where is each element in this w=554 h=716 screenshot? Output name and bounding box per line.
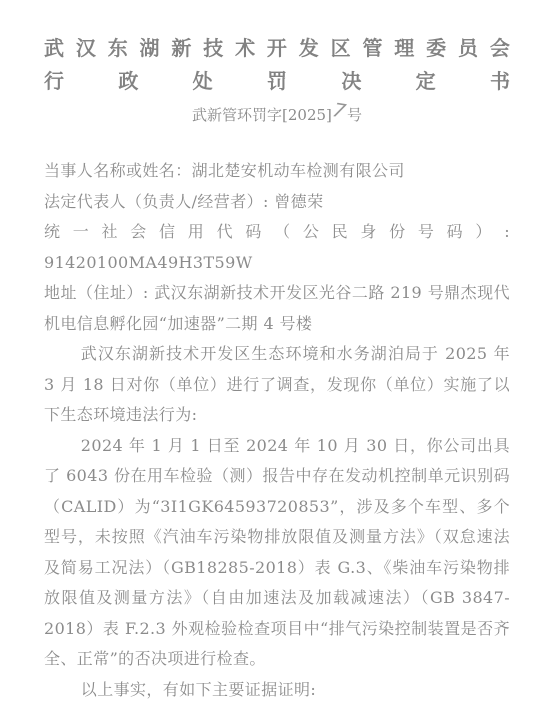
document-number-suffix: 号 xyxy=(347,106,362,124)
document-number-handwritten-digit: 7 xyxy=(330,99,348,122)
legal-representative-line: 法定代表人（负责人/经营者）: 曾德荣 xyxy=(44,187,510,218)
document-title-line-1: 武汉东湖新技术开发区管理委员会 xyxy=(44,36,510,60)
investigation-paragraph: 武汉东湖新技术开发区生态环境和水务湖泊局于 2025 年 3 月 18 日对你（… xyxy=(44,339,510,431)
credit-code-line: 统一社会信用代码（公民身份号码）: 91420100MA49H3T59W xyxy=(44,217,510,278)
violation-paragraph: 2024 年 1 月 1 日至 2024 年 10 月 30 日，你公司出具了 … xyxy=(44,431,510,675)
document-body: 当事人名称或姓名：湖北楚安机动车检测有限公司 法定代表人（负责人/经营者）: 曾… xyxy=(44,156,510,705)
document-number-prefix: 武新管环罚字[2025] xyxy=(192,106,332,124)
party-name-line: 当事人名称或姓名：湖北楚安机动车检测有限公司 xyxy=(44,156,510,187)
address-line: 地址（住址）: 武汉东湖新技术开发区光谷二路 219 号鼎杰现代机电信息孵化园“… xyxy=(44,278,510,339)
document-number-line: 武新管环罚字[2025]7号 xyxy=(44,103,510,126)
evidence-intro-line: 以上事实，有如下主要证据证明: xyxy=(44,675,510,706)
document-content: 武汉东湖新技术开发区管理委员会 行政处罚决定书 武新管环罚字[2025]7号 当… xyxy=(0,0,554,705)
scanned-document-page: 武汉东湖新技术开发区管理委员会 行政处罚决定书 武新管环罚字[2025]7号 当… xyxy=(0,0,554,716)
document-title-line-2: 行政处罚决定书 xyxy=(44,69,510,93)
